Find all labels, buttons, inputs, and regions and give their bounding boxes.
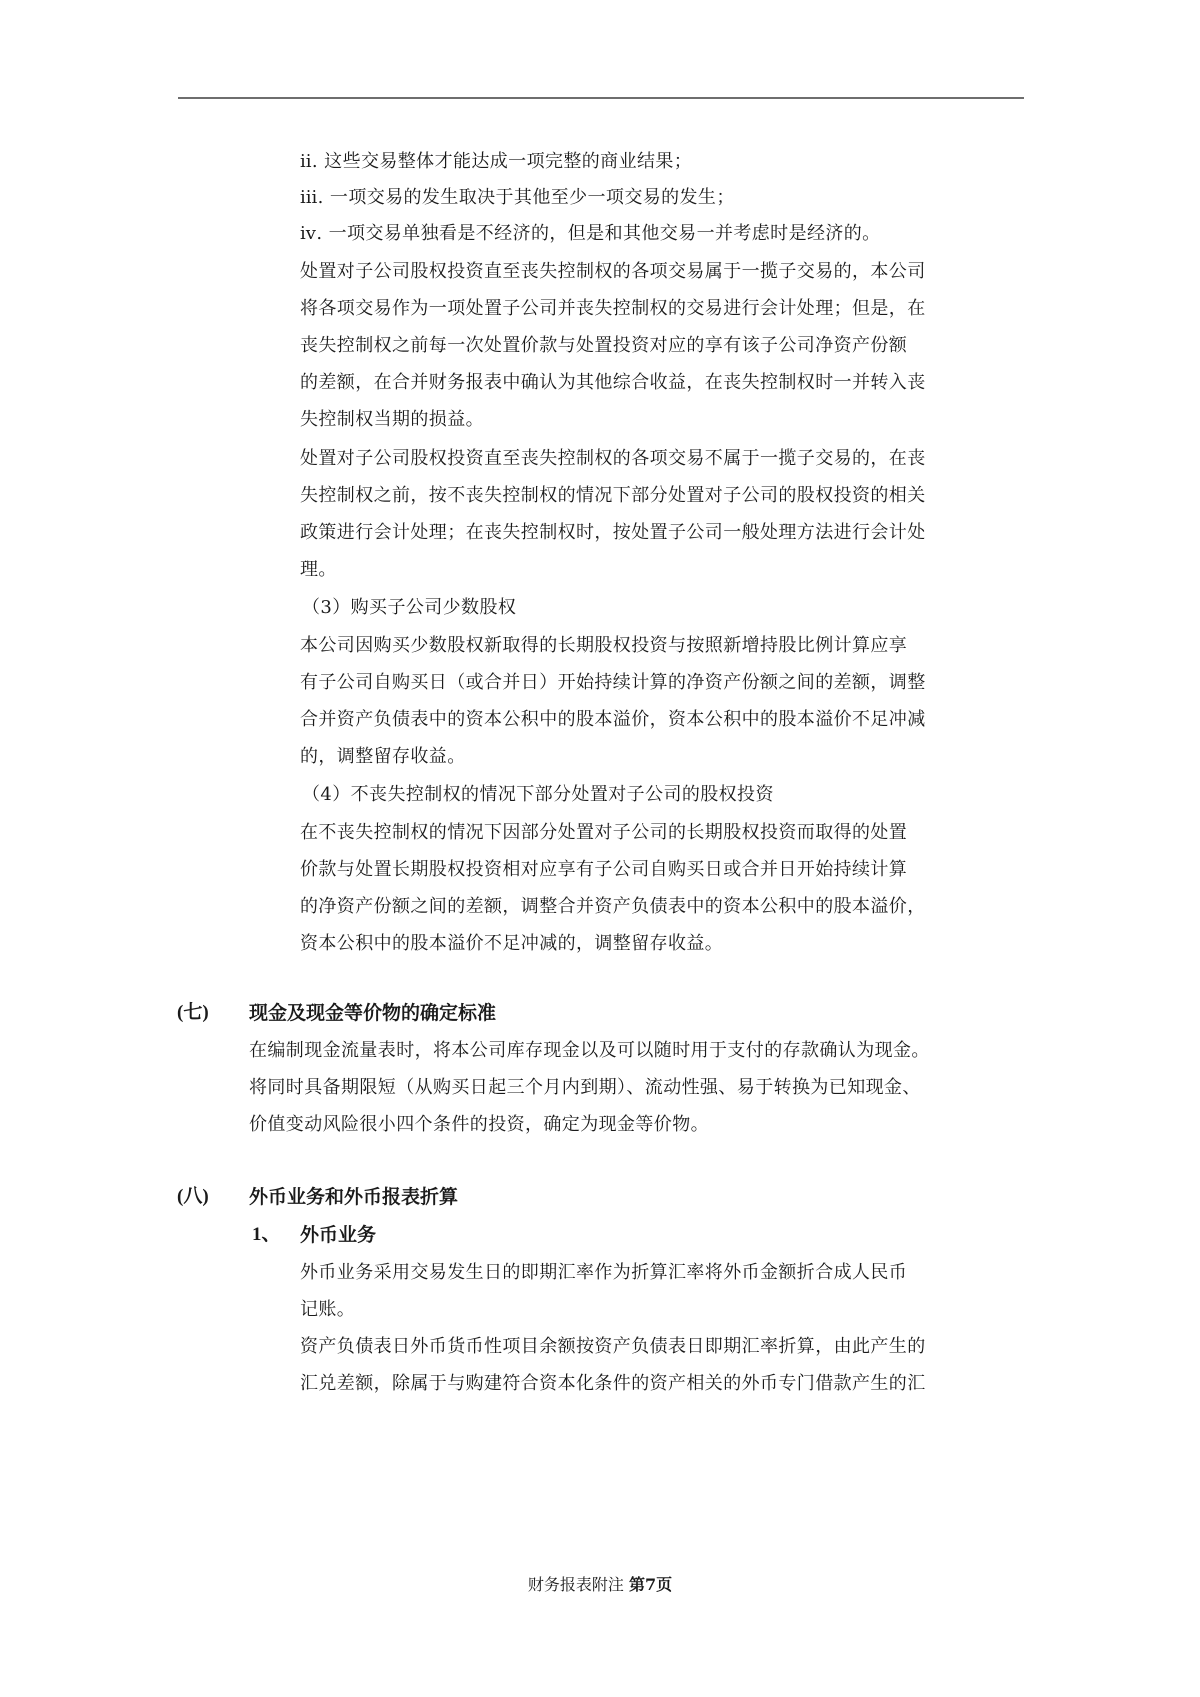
page-footer: 财务报表附注 第7页 — [0, 1574, 1200, 1596]
list-marker: ⅱ. — [300, 151, 318, 172]
para-not-package-line: 失控制权之前，按不丧失控制权的情况下部分处置对子公司的股权投资的相关 — [300, 484, 926, 508]
section-8-1-line: 汇兑差额，除属于与购建符合资本化条件的资产相关的外币专门借款产生的汇 — [300, 1372, 926, 1396]
list-text: 一项交易的发生取决于其他至少一项交易的发生； — [330, 187, 735, 208]
section-7-line: 价值变动风险很小四个条件的投资，确定为现金等价物。 — [249, 1113, 709, 1137]
para-not-package-line: 处置对子公司股权投资直至丧失控制权的各项交易不属于一揽子交易的，在丧 — [300, 447, 926, 471]
header-rule — [178, 97, 1024, 99]
subsection-3-title: （3）购买子公司少数股权 — [302, 596, 516, 620]
list-item-ii: ⅱ. 这些交易整体才能达成一项完整的商业结果； — [300, 150, 692, 174]
para-package-line: 的差额，在合并财务报表中确认为其他综合收益，在丧失控制权时一并转入丧 — [300, 371, 926, 395]
para-package-line: 将各项交易作为一项处置子公司并丧失控制权的交易进行会计处理；但是，在 — [300, 297, 926, 321]
subsection-3-line: 有子公司自购买日（或合并日）开始持续计算的净资产份额之间的差额，调整 — [300, 671, 926, 695]
page-number: 第7页 — [629, 1575, 672, 1594]
footer-label: 财务报表附注 — [528, 1575, 624, 1594]
list-item-iv: ⅳ. 一项交易单独看是不经济的，但是和其他交易一并考虑时是经济的。 — [300, 222, 881, 246]
subsection-3-line: 的，调整留存收益。 — [300, 745, 466, 769]
subsection-4-line: 资本公积中的股本溢价不足冲减的，调整留存收益。 — [300, 932, 723, 956]
subsection-4-title: （4）不丧失控制权的情况下部分处置对子公司的股权投资 — [302, 783, 774, 807]
section-7-number: (七) — [177, 1001, 209, 1025]
para-package-line: 丧失控制权之前每一次处置价款与处置投资对应的享有该子公司净资产份额 — [300, 334, 907, 358]
section-7-title: 现金及现金等价物的确定标准 — [249, 1001, 496, 1025]
subsection-3-line: 本公司因购买少数股权新取得的长期股权投资与按照新增持股比例计算应享 — [300, 634, 907, 658]
section-8-1-number: 1、 — [252, 1223, 281, 1247]
subsection-4-line: 在不丧失控制权的情况下因部分处置对子公司的长期股权投资而取得的处置 — [300, 821, 907, 845]
list-text: 这些交易整体才能达成一项完整的商业结果； — [324, 151, 692, 172]
subsection-4-line: 价款与处置长期股权投资相对应享有子公司自购买日或合并日开始持续计算 — [300, 858, 907, 882]
list-item-iii: ⅲ. 一项交易的发生取决于其他至少一项交易的发生； — [300, 186, 735, 210]
list-marker: ⅲ. — [300, 187, 324, 208]
section-8-1-title: 外币业务 — [300, 1223, 376, 1247]
para-not-package-line: 理。 — [300, 558, 337, 582]
section-8-1-line: 记账。 — [300, 1298, 355, 1322]
para-package-line: 失控制权当期的损益。 — [300, 408, 484, 432]
section-8-1-line: 外币业务采用交易发生日的即期汇率作为折算汇率将外币金额折合成人民币 — [300, 1261, 907, 1285]
section-7-line: 将同时具备期限短（从购买日起三个月内到期）、流动性强、易于转换为已知现金、 — [249, 1076, 921, 1100]
section-8-1-line: 资产负债表日外币货币性项目余额按资产负债表日即期汇率折算，由此产生的 — [300, 1335, 926, 1359]
subsection-3-line: 合并资产负债表中的资本公积中的股本溢价，资本公积中的股本溢价不足冲减 — [300, 708, 926, 732]
list-marker: ⅳ. — [300, 223, 322, 244]
para-not-package-line: 政策进行会计处理；在丧失控制权时，按处置子公司一般处理方法进行会计处 — [300, 521, 926, 545]
para-package-line: 处置对子公司股权投资直至丧失控制权的各项交易属于一揽子交易的，本公司 — [300, 260, 926, 284]
section-8-number: (八) — [177, 1185, 209, 1209]
section-7-line: 在编制现金流量表时，将本公司库存现金以及可以随时用于支付的存款确认为现金。 — [249, 1039, 930, 1063]
list-text: 一项交易单独看是不经济的，但是和其他交易一并考虑时是经济的。 — [329, 223, 881, 244]
subsection-4-line: 的净资产份额之间的差额，调整合并资产负债表中的资本公积中的股本溢价， — [300, 895, 926, 919]
section-8-title: 外币业务和外币报表折算 — [249, 1185, 458, 1209]
